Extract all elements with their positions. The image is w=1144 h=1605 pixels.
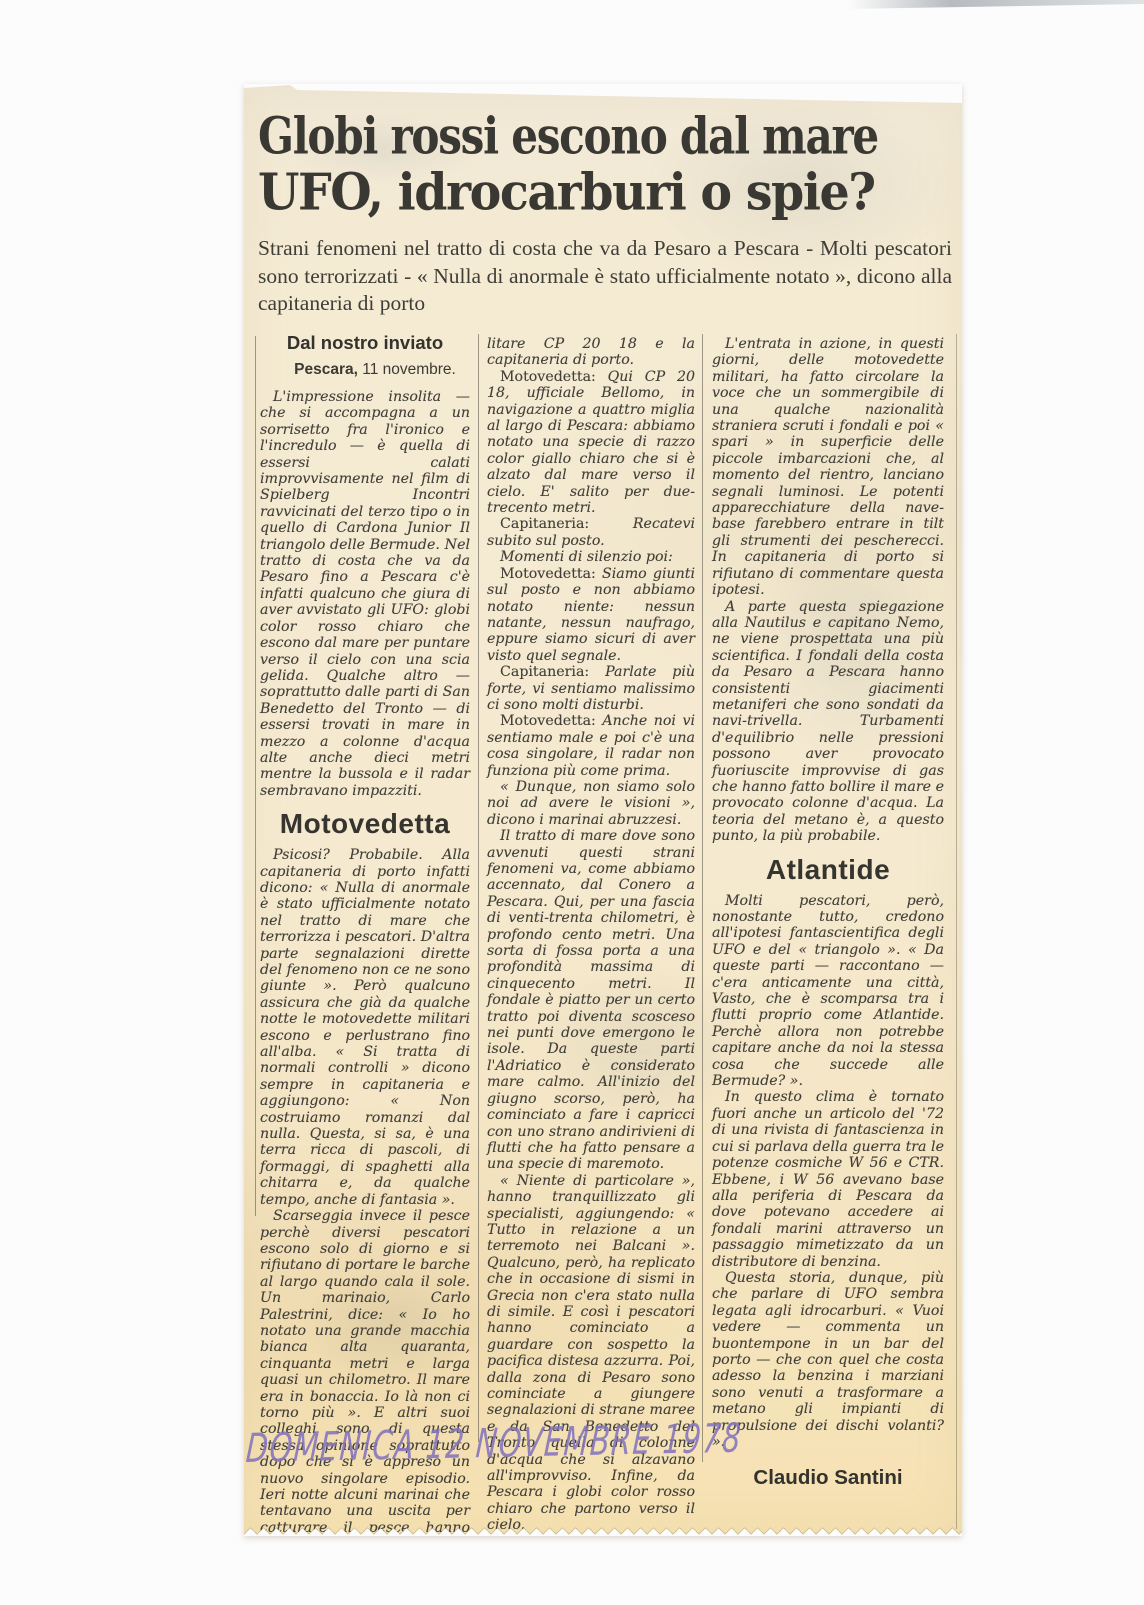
- article-paragraph: Psicosi? Probabile. Alla capitaneria di …: [260, 847, 470, 1208]
- article-paragraph: Momenti di silenzio poi:: [487, 549, 695, 565]
- article-paragraph: « Dunque, non siamo solo noi ad avere le…: [487, 779, 695, 828]
- speaker-label: Capitaneria:: [500, 664, 605, 680]
- article-paragraph: A parte questa spiegazione alla Nautilus…: [712, 599, 944, 845]
- dateline: Pescara, 11 novembre.: [280, 361, 470, 379]
- speaker-label: Motovedetta:: [500, 566, 602, 582]
- column-rule-2: [702, 334, 703, 1462]
- kicker: Dal nostro inviato: [260, 332, 470, 354]
- article-paragraph: Capitaneria: Parlate più forte, vi senti…: [487, 664, 695, 713]
- article-paragraph: Il tratto di mare dove sono avvenuti que…: [487, 828, 695, 1173]
- article-paragraph: Motovedetta: Siamo giunti sul posto e no…: [487, 566, 695, 664]
- article-paragraph: Capitaneria: Recatevi subito sul posto.: [487, 516, 695, 549]
- article-paragraph: litare CP 20 18 e la capitaneria di port…: [487, 336, 695, 369]
- scan-artifact: [848, 0, 1144, 10]
- article-column-3: L'entrata in azione, in questi giorni, d…: [712, 336, 944, 1490]
- column-rule-right: [956, 334, 957, 1529]
- article-paragraph: In questo clima è tornato fuori anche un…: [712, 1089, 944, 1269]
- article-paragraph: Motovedetta: Anche noi vi sentiamo male …: [487, 713, 695, 779]
- article-column-2: litare CP 20 18 e la capitaneria di port…: [487, 336, 695, 1534]
- article-paragraph: « Niente di particolare », hanno tranqui…: [487, 1173, 695, 1534]
- speaker-label: Motovedetta:: [500, 369, 608, 385]
- torn-edge-bottom: [244, 1528, 962, 1536]
- speaker-label: Capitaneria:: [500, 516, 633, 532]
- headline: Globi rossi escono dal mare UFO, idrocar…: [258, 108, 952, 220]
- article-paragraph: Motovedetta: Qui CP 20 18, ufficiale Bel…: [487, 369, 695, 517]
- article-paragraph: L'impressione insolita — che si accompag…: [260, 389, 470, 799]
- torn-edge-top: [244, 84, 962, 108]
- newspaper-clipping: Globi rossi escono dal mare UFO, idrocar…: [244, 84, 962, 1536]
- section-heading-motovedetta: Motovedetta: [260, 808, 470, 840]
- section-heading-atlantide: Atlantide: [712, 854, 944, 886]
- speaker-label: Motovedetta:: [500, 713, 602, 729]
- column-rule-1: [478, 334, 479, 1442]
- article-paragraph: Scarseggia invece il pesce perchè divers…: [260, 1208, 470, 1536]
- headline-line-2: UFO, idrocarburi o spie?: [258, 163, 931, 221]
- column-rule-left: [255, 336, 256, 1216]
- dateline-date: 11 novembre.: [358, 361, 456, 378]
- dateline-place: Pescara,: [294, 361, 358, 378]
- article-paragraph: Questa storia, dunque, più che parlare d…: [712, 1270, 944, 1450]
- article-column-1: Dal nostro inviato Pescara, 11 novembre.…: [260, 332, 470, 1536]
- headline-line-1: Globi rossi escono dal mare: [258, 107, 855, 165]
- byline: Claudio Santini: [712, 1466, 944, 1490]
- subheadline: Strani fenomeni nel tratto di costa che …: [258, 235, 952, 318]
- article-paragraph: Molti pescatori, però, nonostante tutto,…: [712, 893, 944, 1090]
- article-paragraph: L'entrata in azione, in questi giorni, d…: [712, 336, 944, 599]
